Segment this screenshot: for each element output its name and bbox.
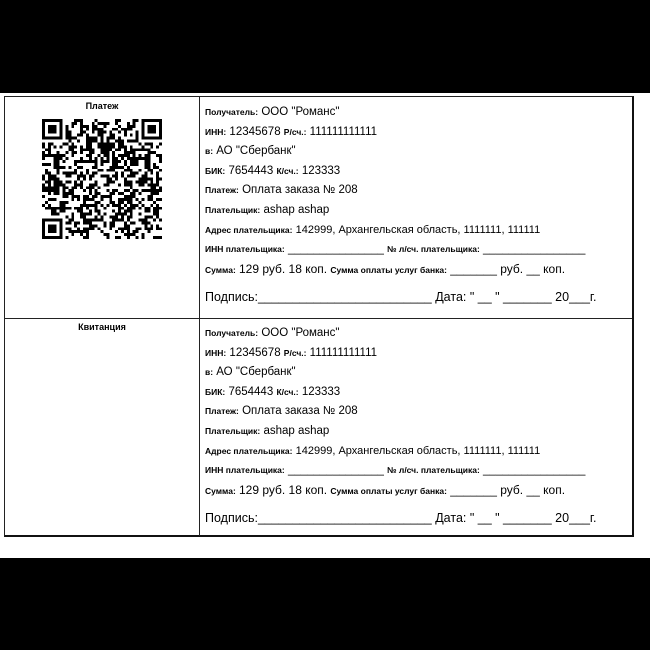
corr-value: 123333: [302, 386, 340, 398]
payer-inn-line: ИНН плательщика: _______________ № л/сч.…: [205, 240, 596, 260]
payer-account-blank: ________________: [483, 464, 585, 476]
payer-inn-blank: _______________: [288, 243, 384, 255]
bank-fee-value: _______ руб. __ коп.: [450, 483, 565, 497]
sum-value: 129 руб. 18 коп.: [239, 483, 327, 497]
inn-line: ИНН: 12345678 Р/сч.: 111111111111: [205, 344, 596, 364]
payer-value: ashap ashap: [263, 204, 329, 216]
payment-title: Платеж: [5, 101, 199, 111]
address-line: Адрес плательщика: 142999, Архангельская…: [205, 442, 596, 462]
address-value: 142999, Архангельская область, 1111111, …: [296, 224, 541, 236]
payer-value: ashap ashap: [263, 425, 329, 437]
recipient-line: Получатель: ООО "Романс": [205, 324, 596, 344]
receipt-left-cell: Квитанция: [5, 318, 200, 536]
bank-line: в: АО "Сбербанк": [205, 142, 596, 162]
bik-value: 7654443: [228, 386, 273, 398]
payer-line: Плательщик: ashap ashap: [205, 422, 596, 442]
bik-line: БИК: 7654443 К/сч.: 123333: [205, 383, 596, 403]
bank-line: в: АО "Сбербанк": [205, 363, 596, 383]
inn-value: 12345678: [229, 126, 280, 138]
receipt-details: Получатель: ООО "Романс" ИНН: 12345678 Р…: [200, 318, 632, 536]
address-value: 142999, Архангельская область, 1111111, …: [296, 445, 541, 457]
bank-value: АО "Сбербанк": [216, 366, 295, 378]
inn-line: ИНН: 12345678 Р/сч.: 111111111111: [205, 123, 596, 143]
sum-line: Сумма: 129 руб. 18 коп. Сумма оплаты усл…: [205, 260, 596, 280]
recipient-value: ООО "Романс": [261, 106, 339, 118]
sum-line: Сумма: 129 руб. 18 коп. Сумма оплаты усл…: [205, 481, 596, 501]
bank-value: АО "Сбербанк": [216, 145, 295, 157]
payment-left-cell: Платеж: [5, 97, 200, 318]
payment-line: Платеж: Оплата заказа № 208: [205, 181, 596, 201]
address-line: Адрес плательщика: 142999, Архангельская…: [205, 221, 596, 241]
payment-details: Получатель: ООО "Романс" ИНН: 12345678 Р…: [200, 97, 632, 318]
signature-line: Подпись:_________________________ Дата: …: [205, 509, 596, 529]
sum-value: 129 руб. 18 коп.: [239, 262, 327, 276]
account-value: 111111111111: [310, 347, 377, 359]
corr-value: 123333: [302, 165, 340, 177]
bank-fee-value: _______ руб. __ коп.: [450, 262, 565, 276]
inn-value: 12345678: [229, 347, 280, 359]
payer-line: Плательщик: ashap ashap: [205, 201, 596, 221]
account-value: 111111111111: [310, 126, 377, 138]
payer-inn-blank: _______________: [288, 464, 384, 476]
payer-inn-line: ИНН плательщика: _______________ № л/сч.…: [205, 461, 596, 481]
payment-form-table: Платеж Получатель: ООО "Романс" ИНН: 123…: [4, 96, 634, 537]
payer-account-blank: ________________: [483, 243, 585, 255]
receipt-title: Квитанция: [5, 322, 199, 332]
payment-line: Платеж: Оплата заказа № 208: [205, 402, 596, 422]
recipient-value: ООО "Романс": [261, 327, 339, 339]
bik-line: БИК: 7654443 К/сч.: 123333: [205, 162, 596, 182]
payment-value: Оплата заказа № 208: [242, 405, 358, 417]
bik-value: 7654443: [228, 165, 273, 177]
qr-code-icon: [42, 119, 162, 239]
signature-line: Подпись:_________________________ Дата: …: [205, 288, 596, 308]
payment-value: Оплата заказа № 208: [242, 184, 358, 196]
payment-section: Платеж Получатель: ООО "Романс" ИНН: 123…: [5, 97, 632, 319]
receipt-section: Квитанция Получатель: ООО "Романс" ИНН: …: [5, 318, 632, 536]
recipient-line: Получатель: ООО "Романс": [205, 103, 596, 123]
